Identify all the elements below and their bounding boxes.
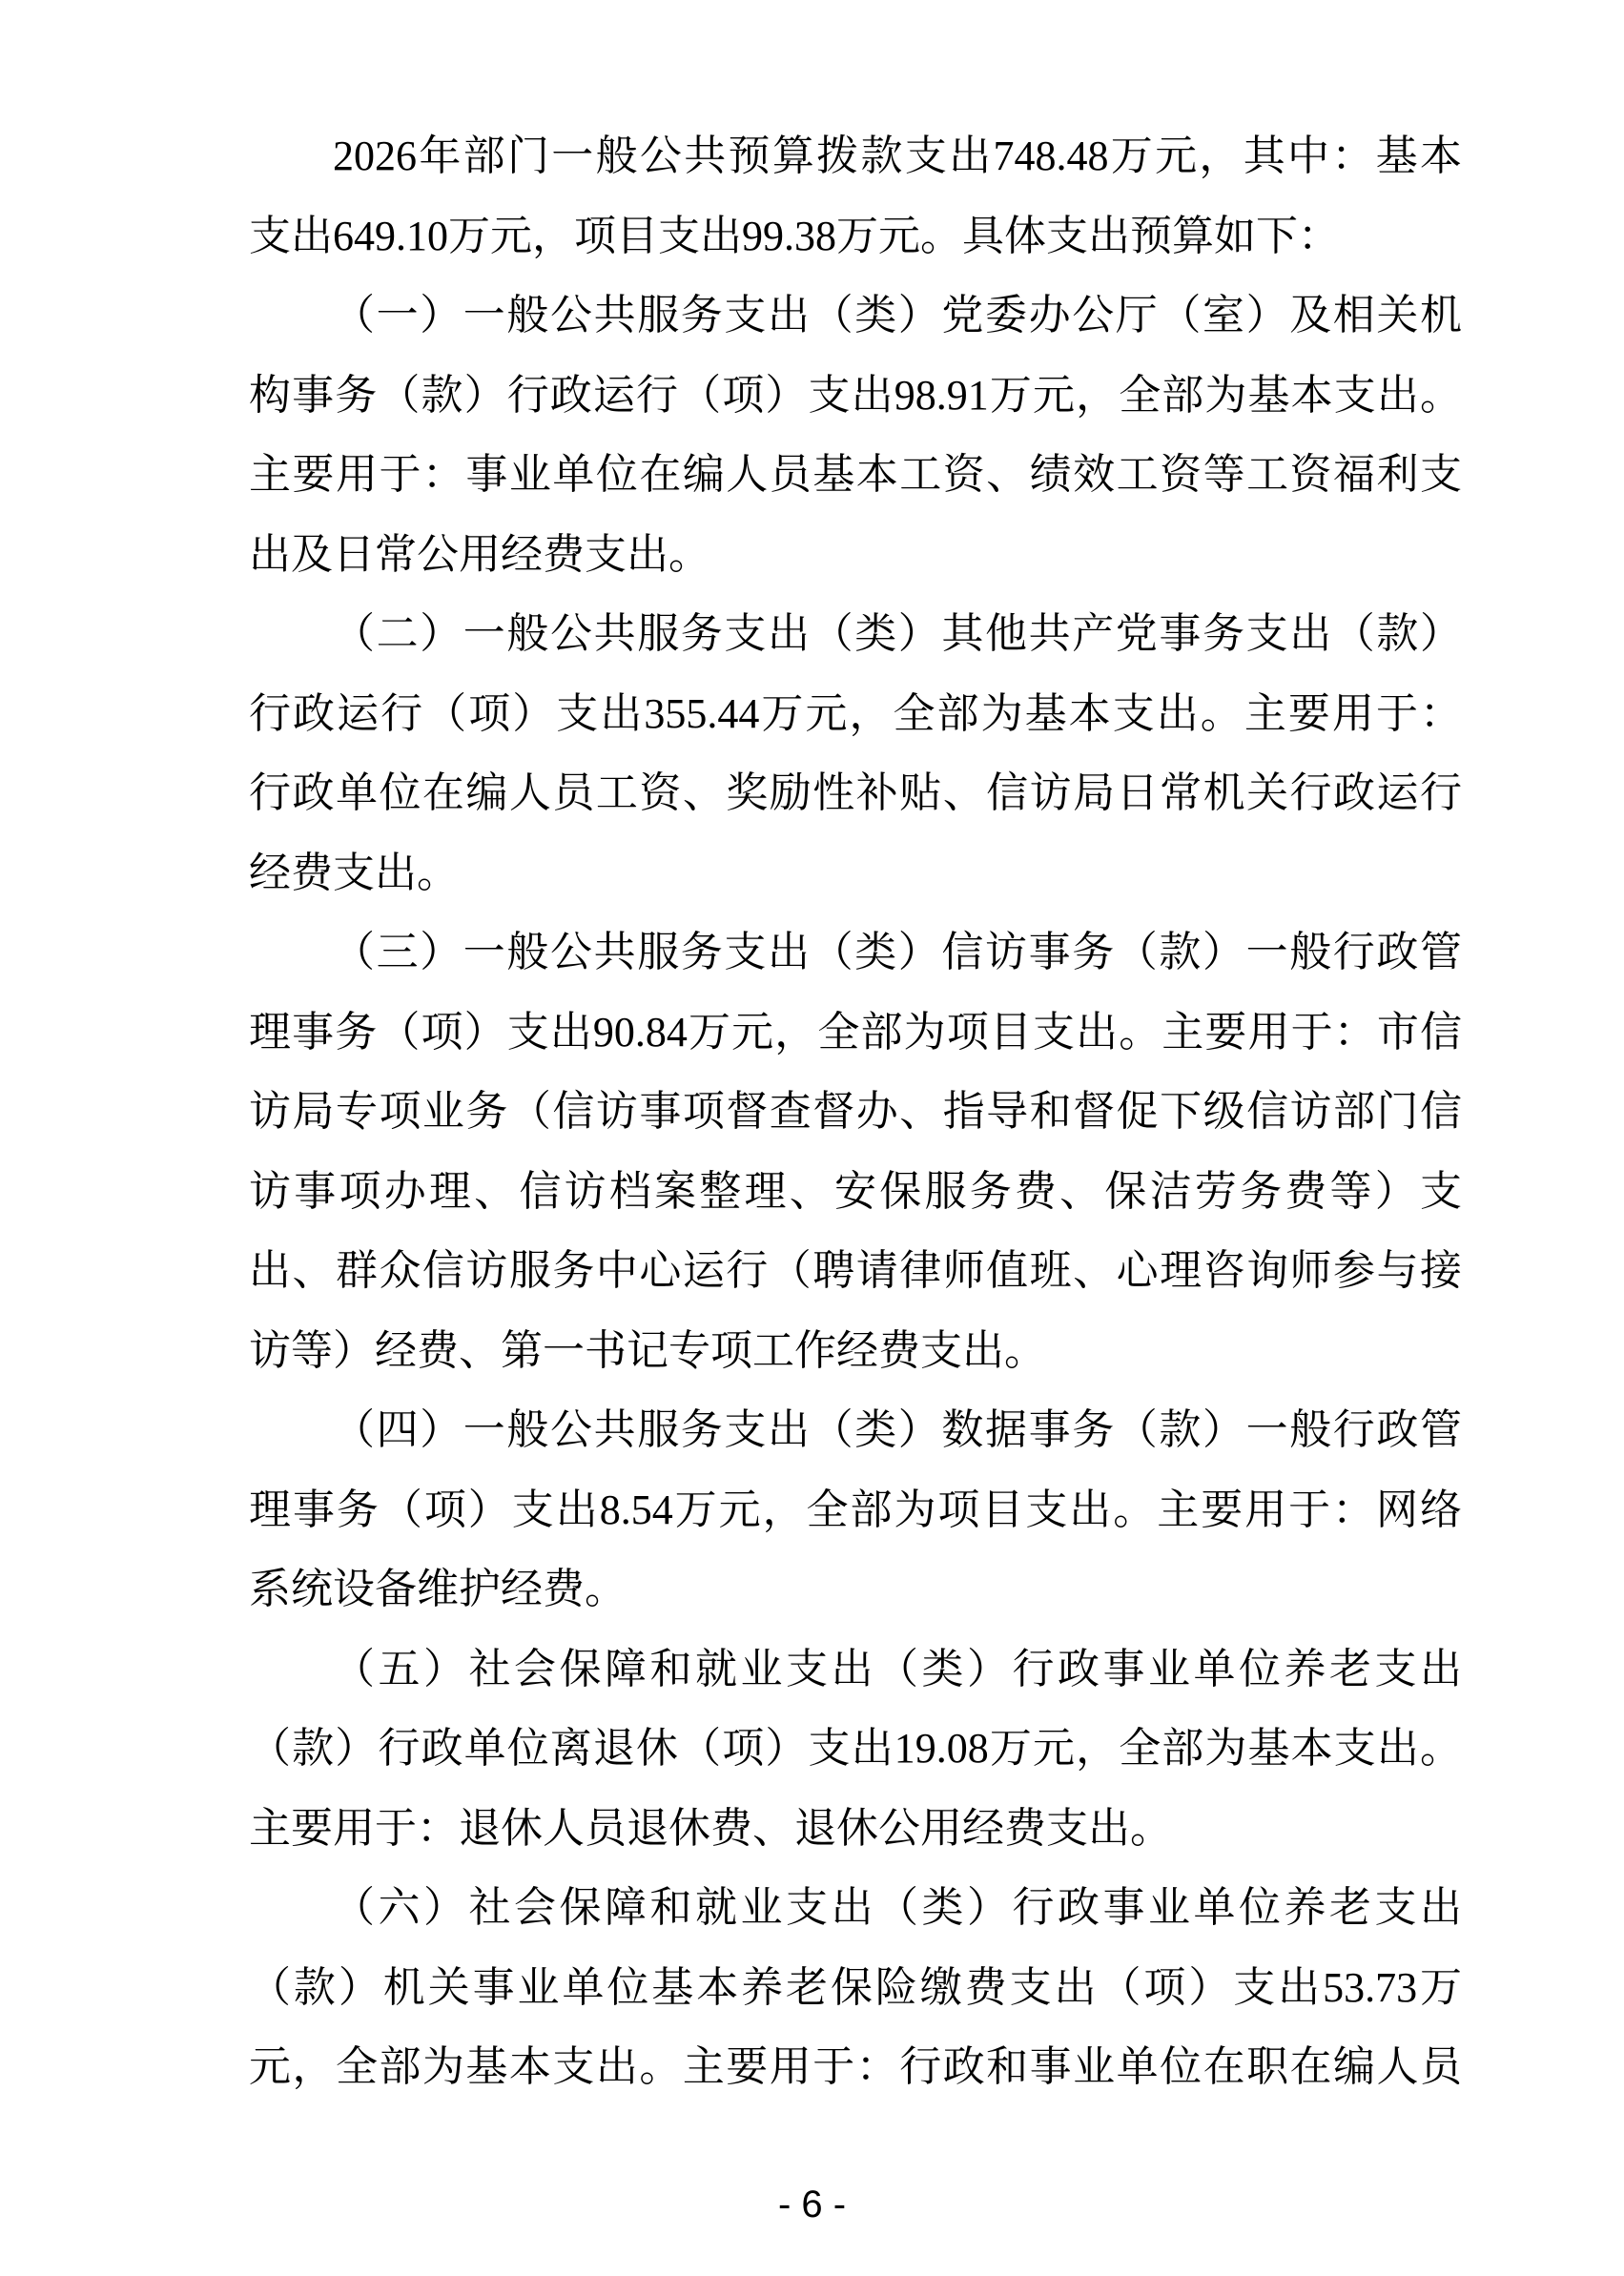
paragraph: （五）社会保障和就业支出（类）行政事业单位养老支出（款）行政单位离退休（项）支出… (249, 1630, 1462, 1869)
text-line: 2026年部门一般公共预算拨款支出748.48万元，其中：基本 (249, 116, 1462, 196)
text-line: 理事务（项）支出8.54万元，全部为项目支出。主要用于：网络 (249, 1470, 1462, 1550)
text-line: 经费支出。 (249, 833, 1462, 913)
text-line: （二）一般公共服务支出（类）其他共产党事务支出（款） (249, 594, 1462, 674)
paragraph: （六）社会保障和就业支出（类）行政事业单位养老支出（款）机关事业单位基本养老保险… (249, 1868, 1462, 2107)
text-line: （四）一般公共服务支出（类）数据事务（款）一般行政管 (249, 1390, 1462, 1470)
text-line: 行政运行（项）支出355.44万元，全部为基本支出。主要用于： (249, 674, 1462, 754)
text-line: （款）机关事业单位基本养老保险缴费支出（项）支出53.73万 (249, 1948, 1462, 2028)
text-line: 元，全部为基本支出。主要用于：行政和事业单位在职在编人员 (249, 2027, 1462, 2107)
text-line: 主要用于：退休人员退休费、退休公用经费支出。 (249, 1789, 1462, 1869)
text-line: 出、群众信访服务中心运行（聘请律师值班、心理咨询师参与接 (249, 1231, 1462, 1311)
text-line: （款）行政单位离退休（项）支出19.08万元，全部为基本支出。 (249, 1709, 1462, 1789)
document-page: 2026年部门一般公共预算拨款支出748.48万元，其中：基本支出649.10万… (0, 0, 1624, 2276)
document-body: 2026年部门一般公共预算拨款支出748.48万元，其中：基本支出649.10万… (249, 116, 1462, 2107)
text-line: 访等）经费、第一书记专项工作经费支出。 (249, 1311, 1462, 1391)
text-line: 出及日常公用经费支出。 (249, 515, 1462, 595)
paragraph: （二）一般公共服务支出（类）其他共产党事务支出（款）行政运行（项）支出355.4… (249, 594, 1462, 912)
text-line: （五）社会保障和就业支出（类）行政事业单位养老支出 (249, 1630, 1462, 1710)
text-line: （六）社会保障和就业支出（类）行政事业单位养老支出 (249, 1868, 1462, 1948)
text-line: （三）一般公共服务支出（类）信访事务（款）一般行政管 (249, 912, 1462, 993)
text-line: 理事务（项）支出90.84万元，全部为项目支出。主要用于：市信 (249, 993, 1462, 1073)
text-line: 主要用于：事业单位在编人员基本工资、绩效工资等工资福利支 (249, 435, 1462, 515)
text-line: 支出649.10万元，项目支出99.38万元。具体支出预算如下： (249, 196, 1462, 277)
text-line: （一）一般公共服务支出（类）党委办公厅（室）及相关机 (249, 276, 1462, 356)
text-line: 系统设备维护经费。 (249, 1549, 1462, 1630)
paragraph: （一）一般公共服务支出（类）党委办公厅（室）及相关机构事务（款）行政运行（项）支… (249, 276, 1462, 594)
paragraph: 2026年部门一般公共预算拨款支出748.48万元，其中：基本支出649.10万… (249, 116, 1462, 276)
paragraph: （四）一般公共服务支出（类）数据事务（款）一般行政管理事务（项）支出8.54万元… (249, 1390, 1462, 1630)
page-number: - 6 - (0, 2182, 1624, 2227)
text-line: 构事务（款）行政运行（项）支出98.91万元，全部为基本支出。 (249, 356, 1462, 436)
text-line: 访事项办理、信访档案整理、安保服务费、保洁劳务费等）支 (249, 1152, 1462, 1232)
text-line: 访局专项业务（信访事项督查督办、指导和督促下级信访部门信 (249, 1072, 1462, 1152)
text-line: 行政单位在编人员工资、奖励性补贴、信访局日常机关行政运行 (249, 753, 1462, 833)
paragraph: （三）一般公共服务支出（类）信访事务（款）一般行政管理事务（项）支出90.84万… (249, 912, 1462, 1390)
